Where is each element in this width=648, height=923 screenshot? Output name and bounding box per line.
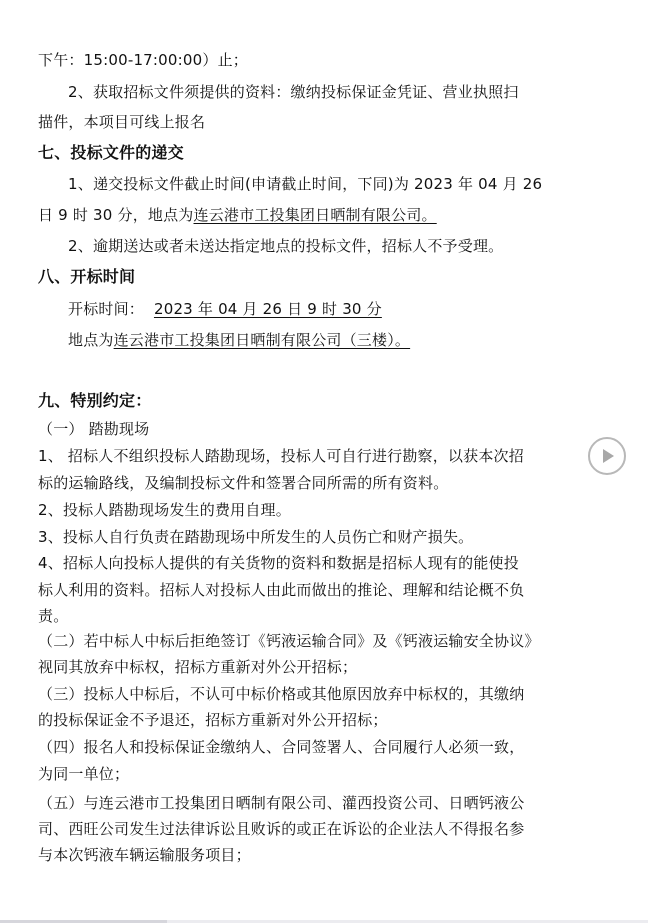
text-line: （三）投标人中标后，不认可中标价格或其他原因放弃中标权的，其缴纳: [38, 684, 524, 704]
text-line: 3、投标人自行负责在踏勘现场中所发生的人员伤亡和财产损失。: [38, 527, 473, 547]
text-line: 开标时间： 2023 年 04 月 26 日 9 时 30 分: [68, 299, 382, 319]
text-line: （四）报名人和投标保证金缴纳人、合同签署人、合同履行人必须一致，: [38, 737, 524, 757]
section-heading-9: 九、特别约定：: [38, 391, 151, 411]
text-line: 2、投标人踏勘现场发生的费用自理。: [38, 500, 291, 520]
text-line: 与本次钙液车辆运输服务项目；: [38, 845, 251, 865]
text-line: 日 9 时 30 分，地点为连云港市工投集团日晒制有限公司。: [38, 205, 437, 225]
subsection-heading: （一） 踏勘现场: [38, 419, 149, 439]
text-segment: 日 9 时 30 分，地点为: [38, 206, 194, 224]
section-heading-7: 七、投标文件的递交: [38, 143, 184, 163]
underlined-location: 连云港市工投集团日晒制有限公司（三楼）。: [114, 331, 411, 349]
text-line: 1、递交投标文件截止时间(申请截止时间，下同)为 2023 年 04 月 26: [68, 174, 542, 194]
play-icon: [590, 439, 624, 473]
text-line: 为同一单位；: [38, 764, 129, 784]
text-segment: 开标时间：: [68, 300, 144, 318]
text-line: 2、逾期送达或者未送达指定地点的投标文件，招标人不予受理。: [68, 236, 503, 256]
text-line: 2、获取招标文件须提供的资料：缴纳投标保证金凭证、营业执照扫: [68, 82, 519, 102]
text-line: 司、西旺公司发生过法律诉讼且败诉的或正在诉讼的企业法人不得报名参: [38, 819, 524, 839]
text-line: 责。: [38, 606, 68, 626]
next-page-button[interactable]: [588, 437, 626, 475]
underlined-datetime: 2023 年 04 月 26 日 9 时 30 分: [154, 300, 382, 318]
text-line: 描件，本项目可线上报名: [38, 112, 205, 132]
text-line: 1、 招标人不组织投标人踏勘现场，投标人可自行进行勘察，以获本次招: [38, 446, 524, 466]
text-line: 标的运输路线，及编制投标文件和签署合同所需的所有资料。: [38, 473, 448, 493]
underlined-location: 连云港市工投集团日晒制有限公司。: [194, 206, 437, 224]
text-line: 下午：15:00-17:00:00）止；: [38, 50, 248, 70]
text-line: 标人利用的资料。招标人对投标人由此而做出的推论、理解和结论概不负: [38, 580, 524, 600]
text-line: 4、招标人向投标人提供的有关货物的资料和数据是招标人现有的能使投: [38, 553, 519, 573]
text-line: 地点为连云港市工投集团日晒制有限公司（三楼）。: [68, 330, 410, 350]
text-line: （五）与连云港市工投集团日晒制有限公司、灌西投资公司、日晒钙液公: [38, 793, 524, 813]
text-line: 的投标保证金不予退还，招标方重新对外公开招标；: [38, 710, 388, 730]
text-line: 视同其放弃中标权，招标方重新对外公开招标；: [38, 657, 357, 677]
section-heading-8: 八、开标时间: [38, 267, 135, 287]
text-line: （二）若中标人中标后拒绝签订《钙液运输合同》及《钙液运输安全协议》: [38, 631, 540, 651]
text-segment: 地点为: [68, 331, 114, 349]
